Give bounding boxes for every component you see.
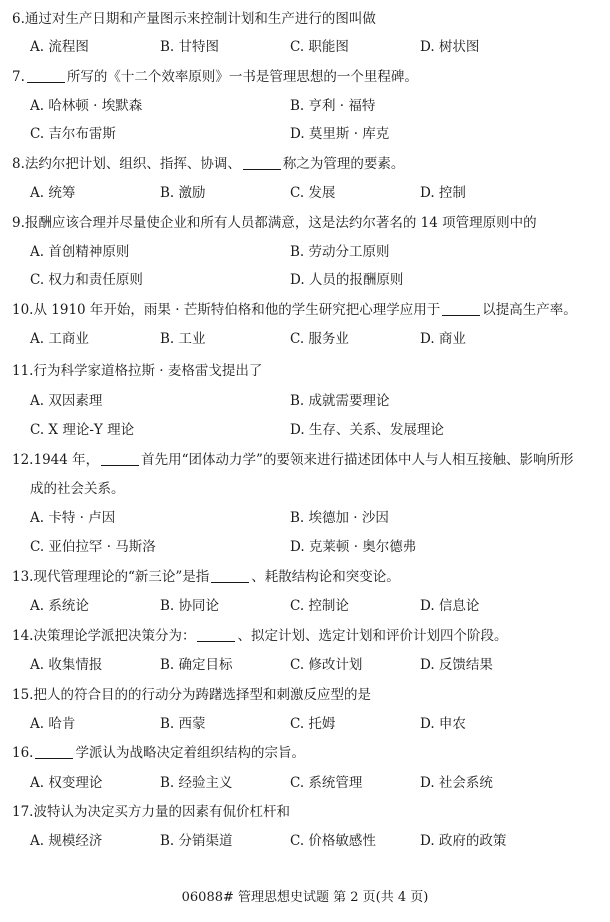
option-d: D. 反馈结果 <box>420 655 493 675</box>
question-number: 14. <box>12 628 33 644</box>
question-8: 8.法约尔把计划、组织、指挥、协调、称之为管理的要素。 <box>0 154 610 174</box>
options-10: A. 工商业 B. 工业 C. 服务业 D. 商业 <box>0 329 610 349</box>
question-14: 14.决策理论学派把决策分为：、拟定计划、选定计划和评价计划四个阶段。 <box>0 626 610 646</box>
options-6: A. 流程图 B. 甘特图 C. 职能图 D. 树状图 <box>0 37 610 57</box>
option-c: C. 亚伯拉罕 · 马斯洛 <box>30 537 156 557</box>
options-14: A. 收集情报 B. 确定目标 C. 修改计划 D. 反馈结果 <box>0 655 610 675</box>
option-a: A. 哈林顿 · 埃默森 <box>30 96 142 116</box>
question-text-end: 以提高生产率。 <box>482 302 577 318</box>
question-number: 11. <box>12 363 33 379</box>
option-a: A. 规模经济 <box>30 831 102 851</box>
answer-blank <box>243 155 281 170</box>
option-d: D. 社会系统 <box>420 773 493 793</box>
option-c: C. 系统管理 <box>290 773 362 793</box>
option-a: A. 流程图 <box>30 37 89 57</box>
option-b: B. 西蒙 <box>160 714 206 734</box>
option-d: D. 人员的报酬原则 <box>290 270 403 290</box>
option-a: A. 首创精神原则 <box>30 242 129 262</box>
question-12: 12.1944 年，首先用“团体动力学”的要领来进行描述团体中人与人相互接触、影… <box>0 450 610 470</box>
question-number: 17. <box>12 804 33 820</box>
option-c: C. 修改计划 <box>290 655 362 675</box>
option-b: B. 分销渠道 <box>160 831 233 851</box>
answer-blank <box>197 627 235 642</box>
answer-blank <box>27 68 65 83</box>
option-a: A. 收集情报 <box>30 655 102 675</box>
page-footer: 06088# 管理思想史试题 第 2 页(共 4 页) <box>0 888 610 908</box>
question-text: 法约尔把计划、组织、指挥、协调、 <box>25 156 241 172</box>
question-text: 波特认为决定买方力量的因素有侃价杠杆和 <box>33 804 290 820</box>
question-number: 7. <box>12 69 25 85</box>
option-d: D. 生存、关系、发展理论 <box>290 420 444 440</box>
question-text-end: 、拟定计划、选定计划和评价计划四个阶段。 <box>237 628 507 644</box>
options-7-row1: A. 哈林顿 · 埃默森 B. 亨利 · 福特 <box>0 96 610 116</box>
option-c: C. 服务业 <box>290 329 349 349</box>
option-a: A. 卡特 · 卢因 <box>30 508 115 528</box>
option-c: C. 价格敏感性 <box>290 831 376 851</box>
options-16: A. 权变理论 B. 经验主义 C. 系统管理 D. 社会系统 <box>0 773 610 793</box>
option-d: D. 控制 <box>420 183 466 203</box>
question-text: 报酬应该合理并尽量使企业和所有人员都满意，这是法约尔著名的 14 项管理原则中的 <box>25 215 537 231</box>
option-b: B. 埃德加 · 沙因 <box>290 508 389 528</box>
question-number: 15. <box>12 687 33 703</box>
options-9-row1: A. 首创精神原则 B. 劳动分工原则 <box>0 242 610 262</box>
option-d: D. 信息论 <box>420 596 479 616</box>
question-12-continuation: 成的社会关系。 <box>0 479 610 499</box>
options-7-row2: C. 吉尔布雷斯 D. 莫里斯 · 库克 <box>0 124 610 144</box>
option-d: D. 克莱顿 · 奥尔德弗 <box>290 537 416 557</box>
option-b: B. 经验主义 <box>160 773 233 793</box>
option-c: C. X 理论-Y 理论 <box>30 420 134 440</box>
question-text: 现代管理理论的“新三论”是指 <box>33 569 209 585</box>
question-text-end: 、耗散结构论和突变论。 <box>251 569 400 585</box>
exam-page: 6.通过对生产日期和产量图示来控制计划和生产进行的图叫做 A. 流程图 B. 甘… <box>0 0 610 922</box>
question-number: 6. <box>12 11 25 27</box>
option-c: C. 吉尔布雷斯 <box>30 124 116 144</box>
option-b: B. 甘特图 <box>160 37 219 57</box>
options-13: A. 系统论 B. 协同论 C. 控制论 D. 信息论 <box>0 596 610 616</box>
question-13: 13.现代管理理论的“新三论”是指、耗散结构论和突变论。 <box>0 567 610 587</box>
question-text-end: 首先用“团体动力学”的要领来进行描述团体中人与人相互接触、影响所形 <box>141 452 573 468</box>
question-17: 17.波特认为决定买方力量的因素有侃价杠杆和 <box>0 802 610 822</box>
options-12-row1: A. 卡特 · 卢因 B. 埃德加 · 沙因 <box>0 508 610 528</box>
options-17: A. 规模经济 B. 分销渠道 C. 价格敏感性 D. 政府的政策 <box>0 831 610 851</box>
option-a: A. 系统论 <box>30 596 89 616</box>
question-6: 6.通过对生产日期和产量图示来控制计划和生产进行的图叫做 <box>0 9 610 29</box>
option-b: B. 成就需要理论 <box>290 391 390 411</box>
options-11-row1: A. 双因素理 B. 成就需要理论 <box>0 391 610 411</box>
option-c: C. 托姆 <box>290 714 335 734</box>
question-text: 1944 年， <box>33 452 99 468</box>
options-12-row2: C. 亚伯拉罕 · 马斯洛 D. 克莱顿 · 奥尔德弗 <box>0 537 610 557</box>
question-number: 8. <box>12 156 25 172</box>
option-b: B. 协同论 <box>160 596 219 616</box>
option-a: A. 工商业 <box>30 329 89 349</box>
option-d: D. 莫里斯 · 库克 <box>290 124 389 144</box>
question-number: 9. <box>12 215 25 231</box>
option-c: C. 发展 <box>290 183 335 203</box>
option-d: D. 申农 <box>420 714 466 734</box>
question-text-end: 称之为管理的要素。 <box>283 156 405 172</box>
answer-blank <box>35 744 73 759</box>
question-number: 16. <box>12 745 33 761</box>
option-d: D. 政府的政策 <box>420 831 506 851</box>
answer-blank <box>101 451 139 466</box>
option-a: A. 双因素理 <box>30 391 102 411</box>
option-b: B. 确定目标 <box>160 655 233 675</box>
option-a: A. 统筹 <box>30 183 75 203</box>
option-d: D. 树状图 <box>420 37 479 57</box>
option-b: B. 激励 <box>160 183 206 203</box>
answer-blank <box>211 568 249 583</box>
option-b: B. 劳动分工原则 <box>290 242 390 262</box>
options-8: A. 统筹 B. 激励 C. 发展 D. 控制 <box>0 183 610 203</box>
question-text: 学派认为战略决定着组织结构的宗旨。 <box>75 745 305 761</box>
question-text: 决策理论学派把决策分为： <box>33 628 195 644</box>
question-number: 10. <box>12 302 33 318</box>
question-number: 12. <box>12 452 33 468</box>
option-b: B. 亨利 · 福特 <box>290 96 375 116</box>
options-9-row2: C. 权力和责任原则 D. 人员的报酬原则 <box>0 270 610 290</box>
question-text: 行为科学家道格拉斯 · 麦格雷戈提出了 <box>33 363 262 379</box>
question-text: 把人的符合目的的行动分为踌躇选择型和刺激反应型的是 <box>33 687 371 703</box>
option-b: B. 工业 <box>160 329 206 349</box>
options-15: A. 哈肯 B. 西蒙 C. 托姆 D. 申农 <box>0 714 610 734</box>
question-11: 11.行为科学家道格拉斯 · 麦格雷戈提出了 <box>0 361 610 381</box>
option-a: A. 哈肯 <box>30 714 75 734</box>
question-10: 10.从 1910 年开始，雨果 · 芒斯特伯格和他的学生研究把心理学应用于以提… <box>0 300 610 320</box>
question-16: 16.学派认为战略决定着组织结构的宗旨。 <box>0 743 610 763</box>
option-a: A. 权变理论 <box>30 773 102 793</box>
question-text: 所写的《十二个效率原则》一书是管理思想的一个里程碑。 <box>67 69 418 85</box>
question-number: 13. <box>12 569 33 585</box>
option-d: D. 商业 <box>420 329 466 349</box>
question-text: 从 1910 年开始，雨果 · 芒斯特伯格和他的学生研究把心理学应用于 <box>33 302 440 318</box>
question-text: 通过对生产日期和产量图示来控制计划和生产进行的图叫做 <box>25 11 376 27</box>
option-c: C. 控制论 <box>290 596 349 616</box>
question-9: 9.报酬应该合理并尽量使企业和所有人员都满意，这是法约尔著名的 14 项管理原则… <box>0 213 610 233</box>
question-7: 7.所写的《十二个效率原则》一书是管理思想的一个里程碑。 <box>0 67 610 87</box>
options-11-row2: C. X 理论-Y 理论 D. 生存、关系、发展理论 <box>0 420 610 440</box>
option-c: C. 权力和责任原则 <box>30 270 143 290</box>
option-c: C. 职能图 <box>290 37 349 57</box>
question-15: 15.把人的符合目的的行动分为踌躇选择型和刺激反应型的是 <box>0 685 610 705</box>
answer-blank <box>442 301 480 316</box>
